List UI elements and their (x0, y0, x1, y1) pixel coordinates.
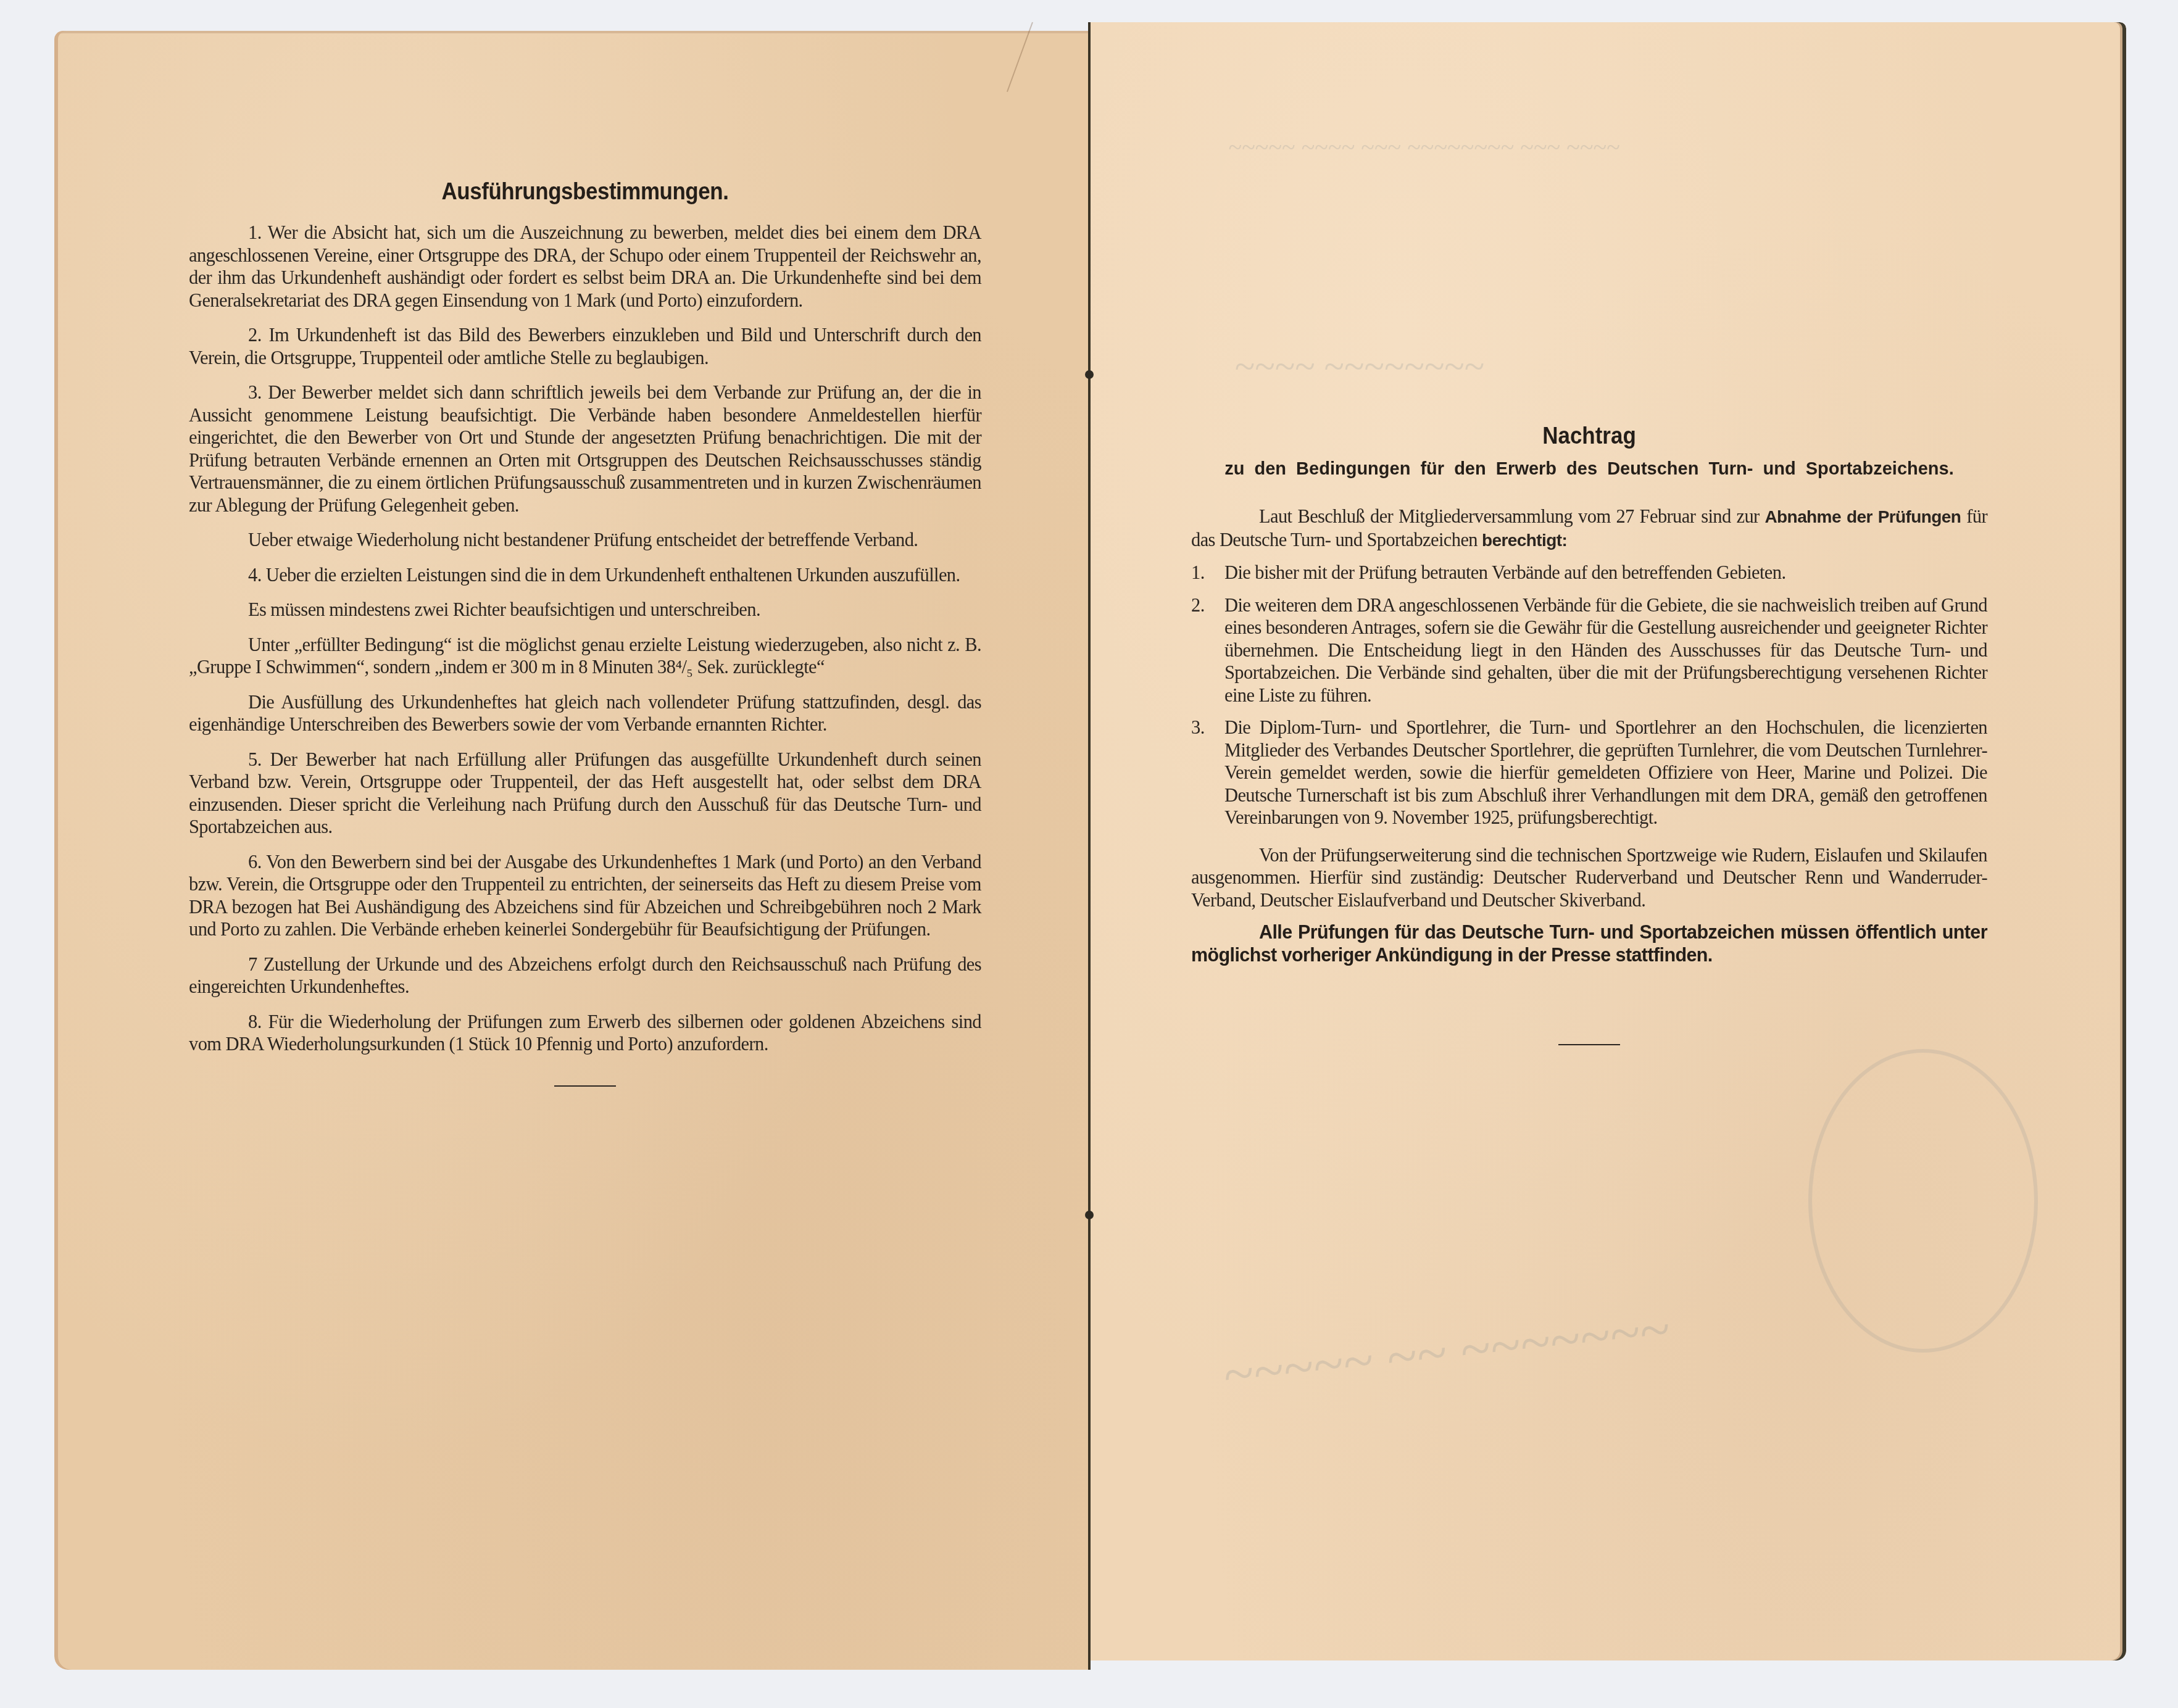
paragraph-5: 5. Der Bewerber hat nach Erfüllung aller… (189, 748, 981, 839)
paragraph-8: 8. Für die Wiederholung der Prüfungen zu… (189, 1011, 981, 1056)
list-item: 3. Die Diplom-Turn- und Sportlehrer, die… (1191, 716, 1987, 829)
list-item: 2. Die weiteren dem DRA angeschlossenen … (1191, 594, 1987, 707)
authorized-list: 1. Die bisher mit der Prüfung betrauten … (1191, 562, 1987, 829)
list-text: Die bisher mit der Prüfung betrauten Ver… (1224, 562, 1987, 584)
intro-emphasis: berechtigt: (1482, 531, 1567, 550)
staple-bottom (1085, 1211, 1094, 1219)
paragraph-4: 4. Ueber die erzielten Leistungen sind d… (189, 564, 981, 587)
intro-emphasis: Abnahme der Prüfungen (1765, 507, 1961, 526)
paragraph-3: 3. Der Bewerber meldet sich dann schrift… (189, 381, 981, 516)
paragraph-4-fulfilled: Unter „erfüllter Bedingung“ ist die mögl… (189, 634, 981, 679)
paragraph-2: 2. Im Urkundenheft ist das Bild des Bewe… (189, 324, 981, 369)
paragraph-1: 1. Wer die Absicht hat, sich um die Ausz… (189, 222, 981, 312)
end-rule (554, 1085, 616, 1087)
paragraph-7: 7 Zustellung der Urkunde und des Abzeich… (189, 953, 981, 998)
paragraph-3-note: Ueber etwaige Wiederholung nicht bestand… (189, 529, 981, 552)
page-title: Ausführungsbestimmungen. (220, 179, 949, 205)
paragraph-6: 6. Von den Bewerbern sind bei der Ausgab… (189, 851, 981, 941)
list-text: Die Diplom-Turn- und Sportlehrer, die Tu… (1224, 716, 1987, 829)
final-notice: Alle Prüfungen für das Deutsche Turn- un… (1191, 921, 1987, 966)
exceptions-paragraph: Von der Prüfungserweiterung sind die tec… (1191, 844, 1987, 912)
binding-spine (1088, 22, 1091, 1670)
supplement-title: Nachtrag (1223, 423, 1956, 450)
supplement-subtitle: zu den Bedingungen für den Erwerb des De… (1191, 457, 1987, 481)
paragraph-4-judges: Es müssen mindestens zwei Richter beaufs… (189, 599, 981, 621)
list-number: 1. (1191, 562, 1224, 584)
list-number: 3. (1191, 716, 1224, 829)
staple-top (1085, 370, 1094, 379)
paragraph-4-completion: Die Ausfüllung des Urkundenheftes hat gl… (189, 691, 981, 736)
bleed-through-stamp (1808, 1049, 2038, 1353)
left-page-content: Ausführungsbestimmungen. 1. Wer die Absi… (189, 179, 981, 1087)
list-number: 2. (1191, 594, 1224, 707)
end-rule (1558, 1044, 1620, 1045)
right-page-content: Nachtrag zu den Bedingungen für den Erwe… (1191, 401, 1987, 1045)
list-text: Die weiteren dem DRA angeschlossenen Ver… (1224, 594, 1987, 707)
intro-paragraph: Laut Beschluß der Mitgliederversammlung … (1191, 505, 1987, 552)
list-item: 1. Die bisher mit der Prüfung betrauten … (1191, 562, 1987, 584)
intro-text: Laut Beschluß der Mitgliederversammlung … (1259, 506, 1765, 527)
